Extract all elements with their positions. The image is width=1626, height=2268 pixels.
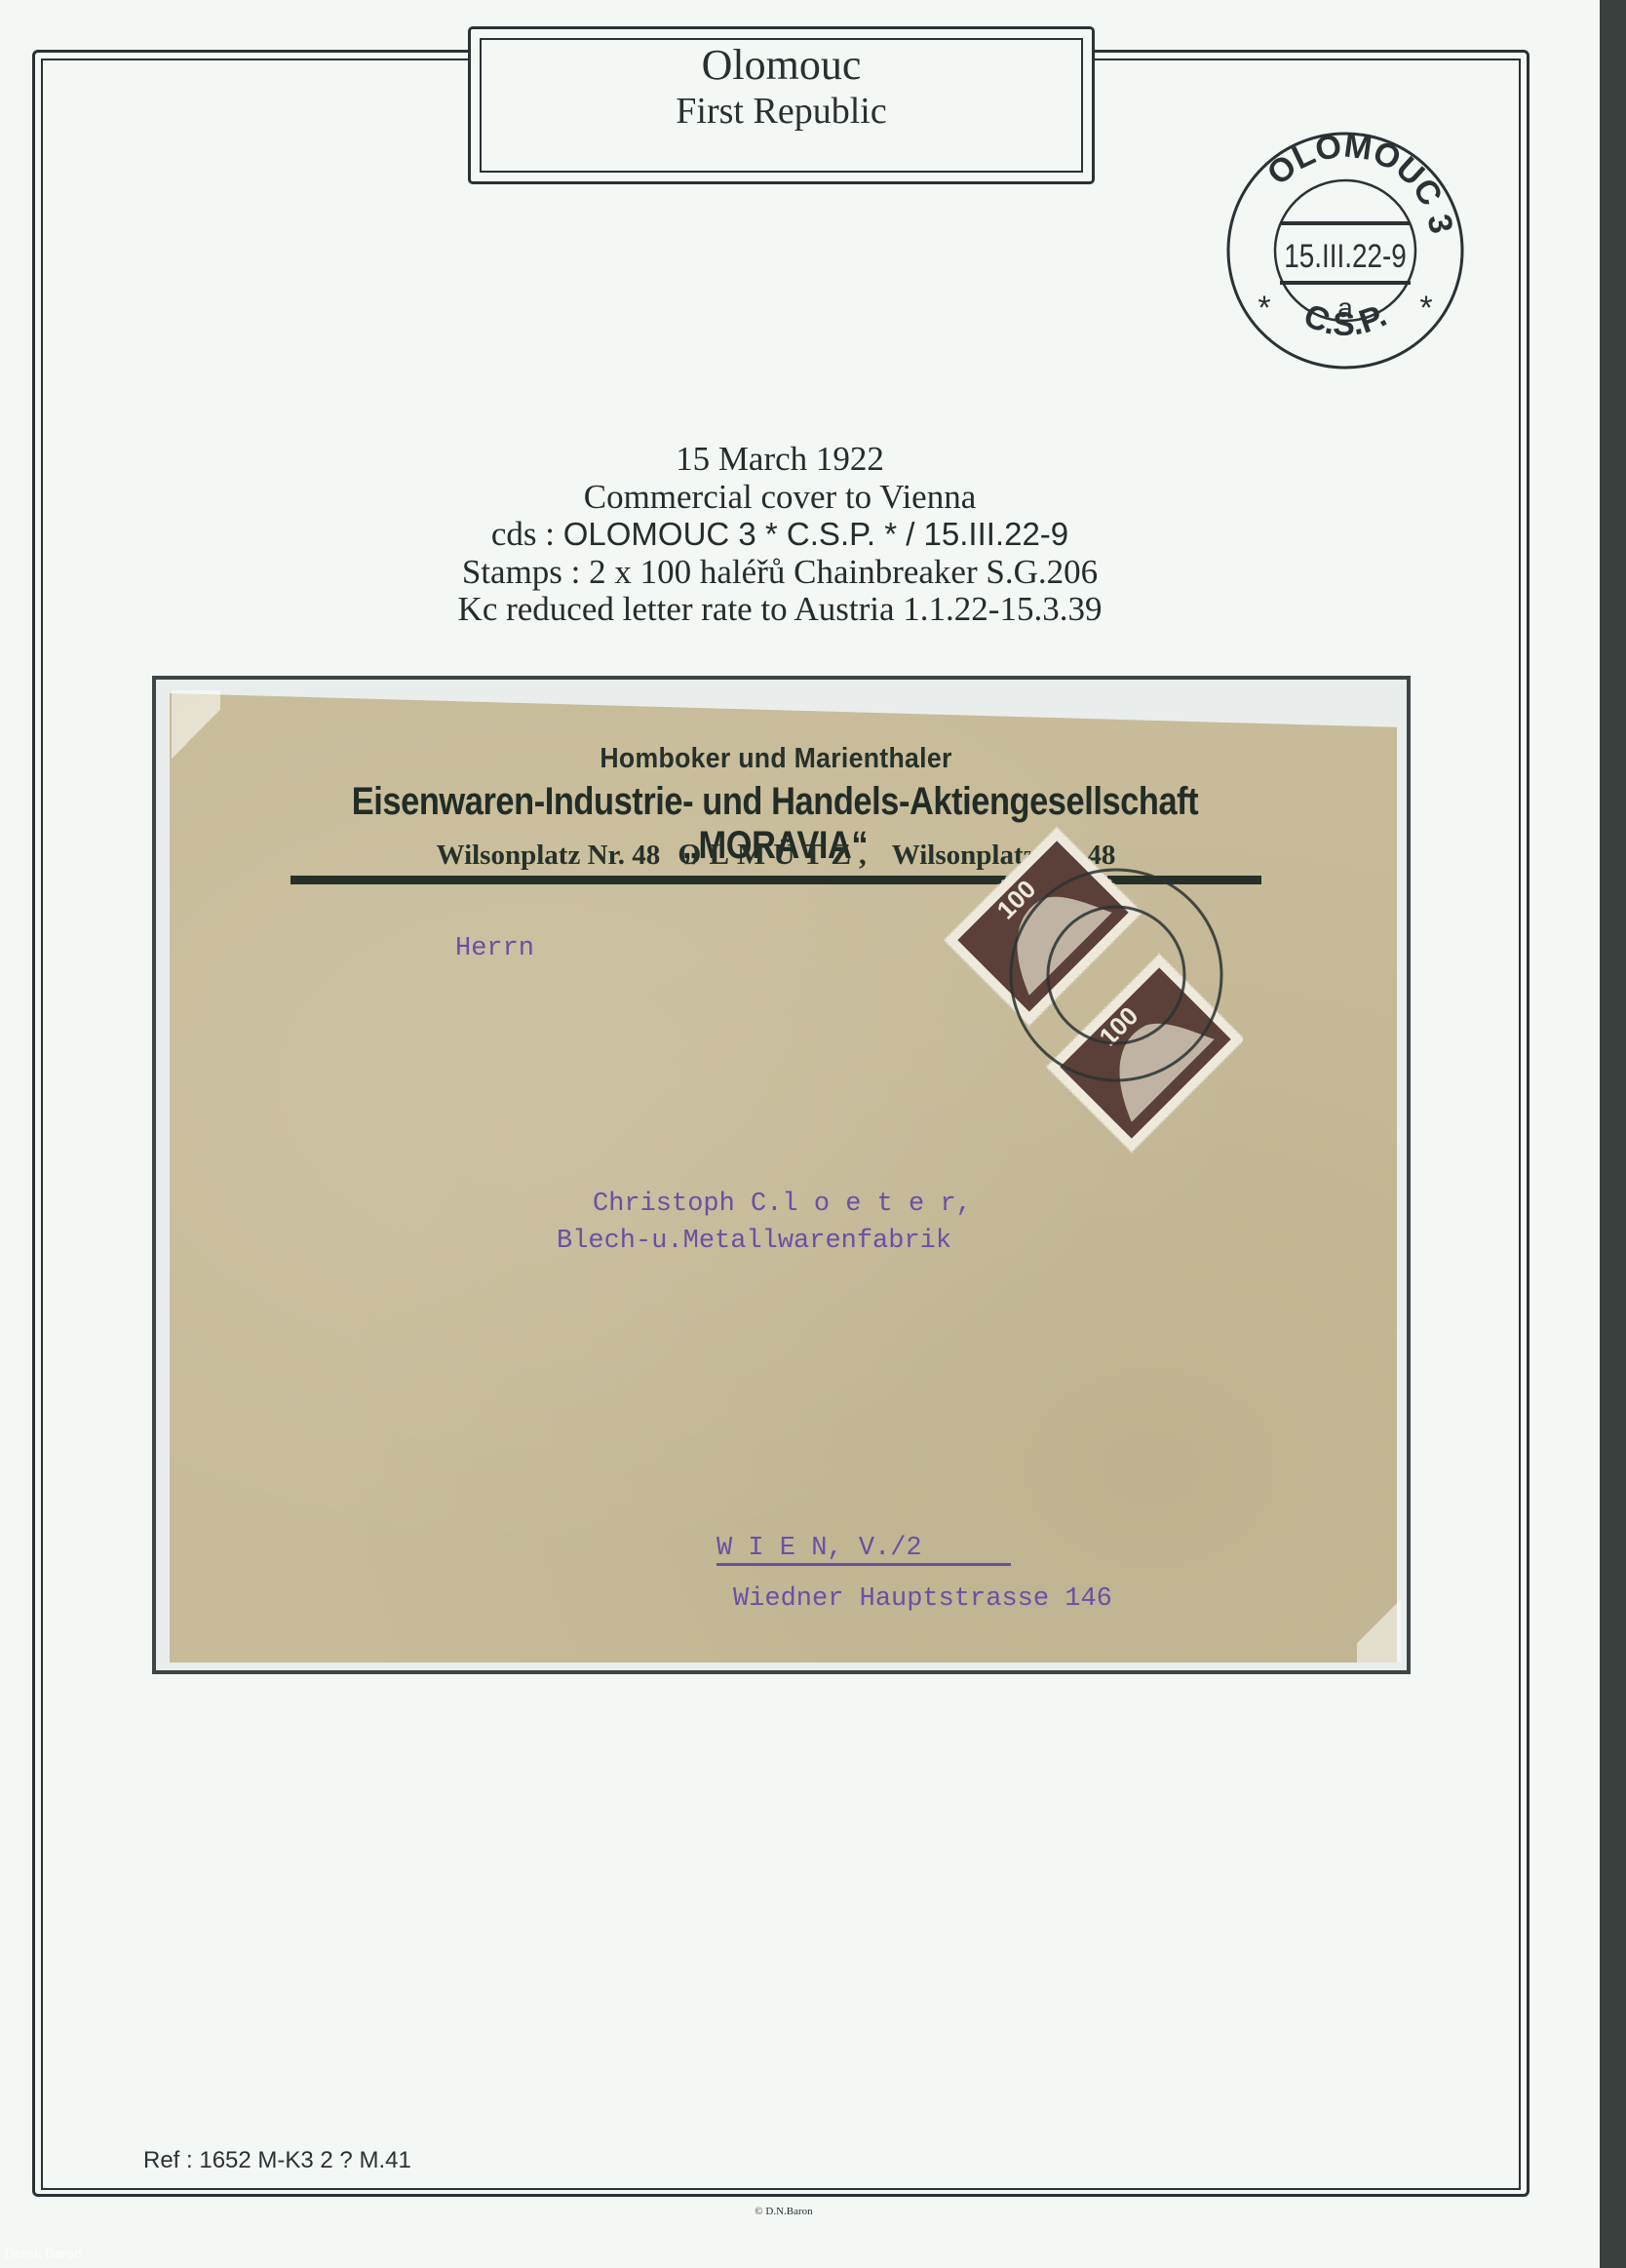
letterhead-street-left: Wilsonplatz Nr. 48	[437, 840, 661, 871]
reference-number: Ref : 1652 M-K3 2 ? M.41	[143, 2147, 411, 2174]
letterhead-city: OLMÜTZ,	[677, 837, 874, 871]
address-firm: Blech-u.Metallwarenfabrik	[557, 1227, 951, 1256]
description-rate: Kc reduced letter rate to Austria 1.1.22…	[292, 591, 1267, 629]
scan-edge-strip	[1600, 0, 1626, 2268]
address-city-underline	[716, 1563, 1011, 1566]
postmark-star-left: *	[1258, 290, 1270, 327]
stamp-2: 100	[1046, 954, 1243, 1153]
mount-corner-bottom-right	[1357, 1580, 1401, 1662]
page-subtitle: First Republic	[471, 90, 1092, 133]
cds-label: cds :	[491, 515, 563, 553]
address-salutation: Herrn	[455, 934, 534, 963]
stamp-1: 100	[944, 827, 1142, 1026]
title-box: Olomouc First Republic	[468, 26, 1095, 184]
description-cds: cds : OLOMOUC 3 * C.S.P. * / 15.III.22-9	[292, 516, 1267, 554]
watermark: Derek Baron	[5, 2246, 82, 2261]
page-title: Olomouc	[471, 41, 1092, 90]
cds-value: OLOMOUC 3 * C.S.P. * / 15.III.22-9	[563, 516, 1068, 552]
postmark-illustration: OLOMOUC 3 15.III.22-9 a C.S.P. * *	[1223, 129, 1467, 372]
postmark-star-right: *	[1419, 290, 1432, 327]
cover-description: 15 March 1922 Commercial cover to Vienna…	[292, 441, 1267, 629]
description-date: 15 March 1922	[292, 441, 1267, 479]
copyright-notice: © D.N.Baron	[0, 2206, 1568, 2217]
address-name: Christoph C.l o e t e r,	[593, 1190, 972, 1219]
description-type: Commercial cover to Vienna	[292, 479, 1267, 517]
description-stamps: Stamps : 2 x 100 haléřů Chainbreaker S.G…	[292, 554, 1267, 592]
postmark-date: 15.III.22-9	[1284, 237, 1406, 274]
mount-corner-top-left	[172, 690, 220, 778]
address-city: W I E N, V./2	[716, 1534, 922, 1563]
stamp-pair: 100 100	[931, 819, 1243, 1209]
letterhead-line1: Homboker und Marienthaler	[329, 743, 1223, 775]
address-street: Wiedner Hauptstrasse 146	[733, 1584, 1112, 1614]
